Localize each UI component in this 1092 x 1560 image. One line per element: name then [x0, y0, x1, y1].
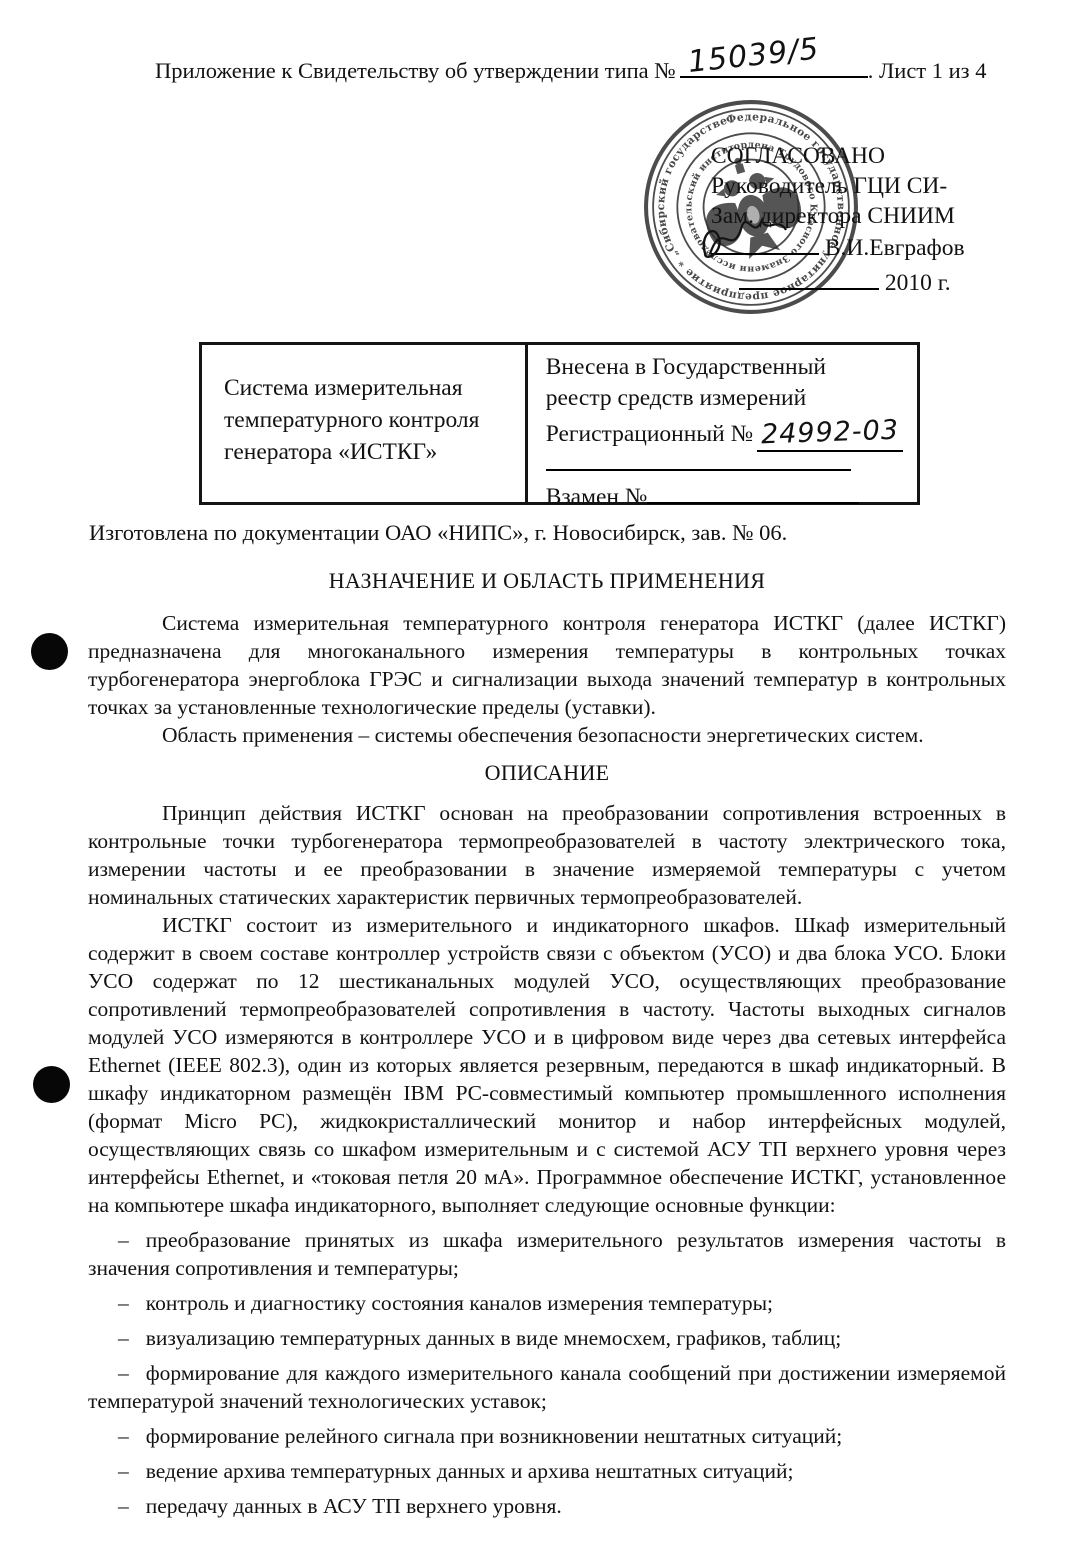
dash-marker: – — [118, 1459, 146, 1483]
approver-name: В.И.Евграфов — [825, 235, 965, 261]
system-name-cell: Система измерительная температурного кон… — [202, 345, 528, 502]
list-item: –визуализацию температурных данных в вид… — [88, 1324, 1006, 1352]
principle-paragraph: Принцип действия ИСТКГ основан на преобр… — [88, 799, 1006, 911]
punch-hole-mark — [33, 1066, 70, 1103]
scanned-document-page: Приложение к Свидетельству об утверждени… — [0, 0, 1092, 1560]
registration-number-line: Регистрационный №24992-03 — [546, 417, 903, 452]
registry-line2: реестр средств измерений — [546, 383, 903, 414]
handwritten-signature — [696, 210, 792, 268]
list-item-text: контроль и диагностику состояния каналов… — [146, 1291, 773, 1315]
document-header: Приложение к Свидетельству об утверждени… — [155, 52, 986, 84]
registration-number-label: Регистрационный № — [546, 421, 753, 447]
date-rule — [739, 268, 879, 290]
registry-cell: Внесена в Государственный реестр средств… — [528, 345, 917, 502]
list-item: –контроль и диагностику состояния канало… — [88, 1289, 1006, 1317]
list-item-text: передачу данных в АСУ ТП верхнего уровня… — [146, 1494, 562, 1518]
dash-marker: – — [118, 1228, 146, 1252]
list-item-text: преобразование принятых из шкафа измерит… — [88, 1228, 1006, 1280]
functions-list: –преобразование принятых из шкафа измери… — [88, 1226, 1006, 1520]
replaces-label: Взамен № — [546, 484, 648, 510]
manufactured-by-line: Изготовлена по документации ОАО «НИПС», … — [89, 520, 787, 546]
application-area-paragraph: Область применения – системы обеспечения… — [88, 721, 1006, 749]
registry-line1: Внесена в Государственный — [546, 352, 903, 383]
approval-title: СОГЛАСОВАНО — [711, 141, 1021, 171]
approval-year: 2010 г. — [885, 270, 951, 296]
list-item: –формирование релейного сигнала при возн… — [88, 1422, 1006, 1450]
replaces-line: Взамен № — [546, 482, 903, 513]
blank-rule — [546, 469, 851, 471]
registration-number-field: 24992-03 — [757, 417, 903, 452]
replaces-rule — [647, 482, 859, 504]
list-item: –формирование для каждого измерительного… — [88, 1359, 1006, 1415]
list-item: –передачу данных в АСУ ТП верхнего уровн… — [88, 1492, 1006, 1520]
section-heading-description: ОПИСАНИЕ — [88, 759, 1006, 787]
dash-marker: – — [118, 1424, 146, 1448]
dash-marker: – — [118, 1291, 146, 1315]
header-prefix: Приложение к Свидетельству об утверждени… — [155, 58, 676, 83]
list-item-text: формирование релейного сигнала при возни… — [146, 1424, 842, 1448]
list-item-text: формирование для каждого измерительного … — [88, 1361, 1006, 1413]
section-heading-purpose: НАЗНАЧЕНИЕ И ОБЛАСТЬ ПРИМЕНЕНИЯ — [88, 567, 1006, 595]
document-body: НАЗНАЧЕНИЕ И ОБЛАСТЬ ПРИМЕНЕНИЯ Система … — [88, 567, 1006, 1520]
list-item: –ведение архива температурных данных и а… — [88, 1457, 1006, 1485]
approval-role-line1: Руководитель ГЦИ СИ- — [711, 171, 1021, 201]
registration-number-handwritten: 24992-03 — [761, 415, 900, 451]
certificate-number-field: 15039/5 — [680, 52, 868, 78]
list-item: –преобразование принятых из шкафа измери… — [88, 1226, 1006, 1282]
dash-marker: – — [118, 1326, 146, 1350]
punch-hole-mark — [31, 633, 68, 670]
dash-marker: – — [118, 1494, 146, 1518]
list-item-text: ведение архива температурных данных и ар… — [146, 1459, 794, 1483]
header-sheet-label: . Лист 1 из 4 — [868, 58, 987, 83]
registration-table: Система измерительная температурного кон… — [199, 342, 920, 505]
approval-date-line: 2010 г. — [711, 268, 1021, 298]
dash-marker: – — [118, 1361, 146, 1385]
composition-paragraph: ИСТКГ состоит из измерительного и индика… — [88, 911, 1006, 1219]
purpose-paragraph: Система измерительная температурного кон… — [88, 609, 1006, 721]
list-item-text: визуализацию температурных данных в виде… — [146, 1326, 842, 1350]
